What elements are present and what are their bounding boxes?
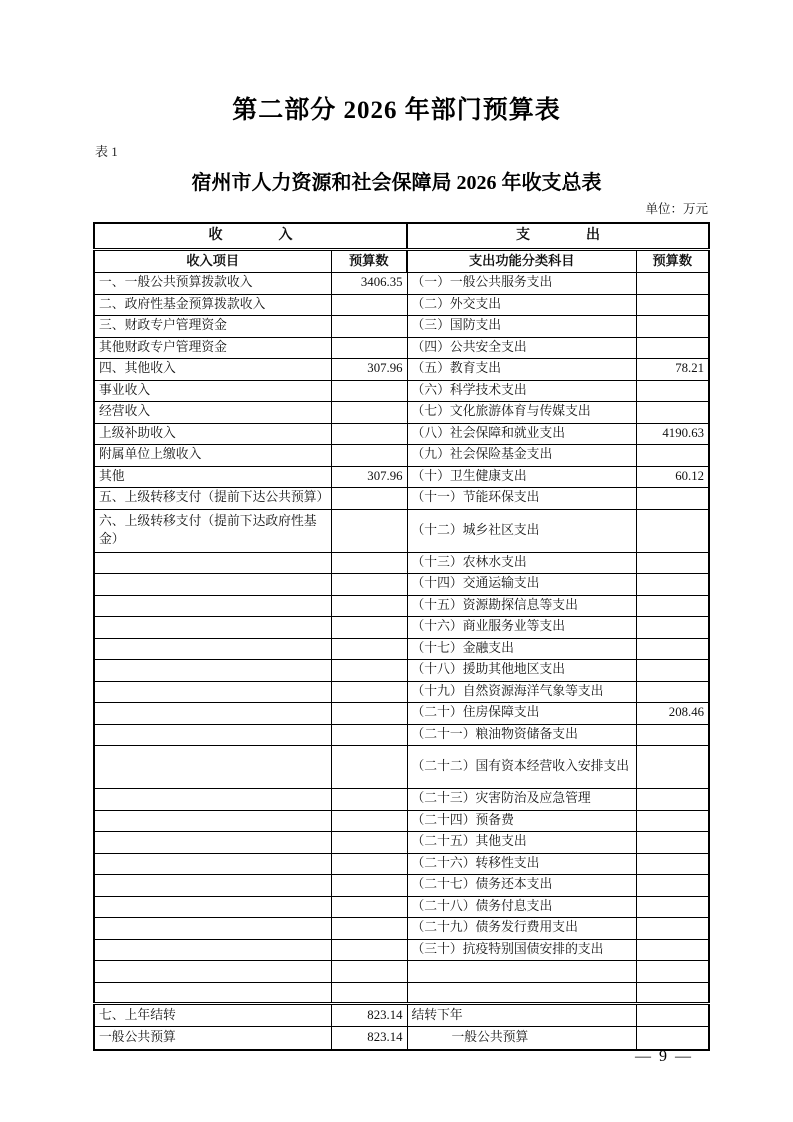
income-budget	[331, 316, 407, 338]
expense-item: （二十三）灾害防治及应急管理	[407, 789, 636, 811]
expense-budget	[636, 982, 709, 1004]
income-budget	[331, 638, 407, 660]
income-item: 三、财政专户管理资金	[94, 316, 331, 338]
income-item	[94, 660, 331, 682]
income-budget-column-header: 预算数	[331, 250, 407, 273]
page-number: — 9 —	[635, 1048, 693, 1066]
section-header-row: 收 入 支 出	[94, 223, 709, 250]
expense-item: （二十五）其他支出	[407, 832, 636, 854]
table-row: （二十）住房保障支出 208.46	[94, 703, 709, 725]
expense-item	[407, 982, 636, 1004]
income-budget	[331, 875, 407, 897]
table-row: （十四）交通运输支出	[94, 574, 709, 596]
income-item: 经营收入	[94, 402, 331, 424]
expense-budget	[636, 617, 709, 639]
table-row: 七、上年结转 823.14 结转下年	[94, 1004, 709, 1027]
income-item	[94, 896, 331, 918]
income-item	[94, 638, 331, 660]
income-item	[94, 746, 331, 789]
income-item	[94, 918, 331, 940]
table-row: （十三）农林水支出	[94, 552, 709, 574]
income-budget	[331, 552, 407, 574]
expense-item: （二十七）债务还本支出	[407, 875, 636, 897]
expense-item: （十九）自然资源海洋气象等支出	[407, 681, 636, 703]
expense-item: （十八）援助其他地区支出	[407, 660, 636, 682]
table-row: 经营收入 （七）文化旅游体育与传媒支出	[94, 402, 709, 424]
expense-budget	[636, 273, 709, 295]
income-item	[94, 703, 331, 725]
expense-budget	[636, 380, 709, 402]
expense-budget	[636, 853, 709, 875]
table-row: 其他财政专户管理资金 （四）公共安全支出	[94, 337, 709, 359]
income-budget	[331, 423, 407, 445]
table-row: 六、上级转移支付（提前下达政府性基金） （十二）城乡社区支出	[94, 509, 709, 552]
table-row: （十七）金融支出	[94, 638, 709, 660]
income-budget	[331, 939, 407, 961]
table-row: 其他 307.96 （十）卫生健康支出 60.12	[94, 466, 709, 488]
expense-item: （十四）交通运输支出	[407, 574, 636, 596]
income-item: 四、其他收入	[94, 359, 331, 381]
table-row: 二、政府性基金预算拨款收入 （二）外交支出	[94, 294, 709, 316]
income-budget	[331, 832, 407, 854]
expense-budget	[636, 1004, 709, 1027]
income-budget: 3406.35	[331, 273, 407, 295]
income-item	[94, 832, 331, 854]
income-item	[94, 574, 331, 596]
expense-item: （二十）住房保障支出	[407, 703, 636, 725]
unit-note: 单位：万元	[645, 199, 708, 217]
expense-item: （十）卫生健康支出	[407, 466, 636, 488]
expense-item: （七）文化旅游体育与传媒支出	[407, 402, 636, 424]
income-budget	[331, 810, 407, 832]
expense-item: （十三）农林水支出	[407, 552, 636, 574]
expense-budget	[636, 939, 709, 961]
table-row: （二十九）债务发行费用支出	[94, 918, 709, 940]
table-row: （二十二）国有资本经营收入安排支出	[94, 746, 709, 789]
table-row: （十六）商业服务业等支出	[94, 617, 709, 639]
income-budget	[331, 402, 407, 424]
income-budget: 307.96	[331, 359, 407, 381]
income-item	[94, 595, 331, 617]
expense-item: （二十六）转移性支出	[407, 853, 636, 875]
expense-budget: 60.12	[636, 466, 709, 488]
part-title: 第二部分 2026 年部门预算表	[0, 90, 793, 126]
income-budget	[331, 509, 407, 552]
table-row: 一、一般公共预算拨款收入 3406.35 （一）一般公共服务支出	[94, 273, 709, 295]
expense-budget	[636, 638, 709, 660]
expense-budget	[636, 445, 709, 467]
expense-budget	[636, 294, 709, 316]
income-item	[94, 789, 331, 811]
expense-budget	[636, 918, 709, 940]
table-row	[94, 961, 709, 983]
expense-item: （二十一）粮油物资储备支出	[407, 724, 636, 746]
income-item: 上级补助收入	[94, 423, 331, 445]
expense-budget: 78.21	[636, 359, 709, 381]
income-item	[94, 875, 331, 897]
expense-budget	[636, 746, 709, 789]
income-budget	[331, 337, 407, 359]
income-budget	[331, 595, 407, 617]
income-item: 二、政府性基金预算拨款收入	[94, 294, 331, 316]
income-item: 其他财政专户管理资金	[94, 337, 331, 359]
income-item	[94, 617, 331, 639]
income-item: 五、上级转移支付（提前下达公共预算）	[94, 488, 331, 510]
income-item: 一般公共预算	[94, 1027, 331, 1050]
expense-budget	[636, 1027, 709, 1050]
income-budget	[331, 445, 407, 467]
expense-budget	[636, 337, 709, 359]
expense-item: 一般公共预算	[407, 1027, 636, 1050]
income-item	[94, 939, 331, 961]
expense-budget	[636, 810, 709, 832]
table-row	[94, 982, 709, 1004]
expense-item: （三）国防支出	[407, 316, 636, 338]
expense-budget	[636, 724, 709, 746]
table-row: （二十五）其他支出	[94, 832, 709, 854]
income-item	[94, 810, 331, 832]
income-budget: 307.96	[331, 466, 407, 488]
expense-item: （二）外交支出	[407, 294, 636, 316]
expense-budget	[636, 896, 709, 918]
expense-budget	[636, 681, 709, 703]
income-item: 事业收入	[94, 380, 331, 402]
expense-budget	[636, 488, 709, 510]
expense-budget	[636, 961, 709, 983]
document-page: 第二部分 2026 年部门预算表 表 1 宿州市人力资源和社会保障局 2026 …	[0, 0, 793, 1122]
table-row: （二十一）粮油物资储备支出	[94, 724, 709, 746]
expense-budget: 4190.63	[636, 423, 709, 445]
expense-budget	[636, 875, 709, 897]
income-budget	[331, 660, 407, 682]
income-item: 七、上年结转	[94, 1004, 331, 1027]
expense-item: （八）社会保障和就业支出	[407, 423, 636, 445]
income-budget	[331, 488, 407, 510]
expense-item: （十二）城乡社区支出	[407, 509, 636, 552]
income-item	[94, 552, 331, 574]
expense-budget	[636, 509, 709, 552]
expense-item: （二十四）预备费	[407, 810, 636, 832]
expense-item: （十七）金融支出	[407, 638, 636, 660]
column-header-row: 收入项目 预算数 支出功能分类科目 预算数	[94, 250, 709, 273]
table-row: 一般公共预算 823.14 一般公共预算	[94, 1027, 709, 1050]
expense-item: （十五）资源勘探信息等支出	[407, 595, 636, 617]
income-budget	[331, 789, 407, 811]
table-row: （十九）自然资源海洋气象等支出	[94, 681, 709, 703]
table-row: （二十四）预备费	[94, 810, 709, 832]
expense-budget-column-header: 预算数	[636, 250, 709, 273]
income-budget	[331, 703, 407, 725]
expense-item: （六）科学技术支出	[407, 380, 636, 402]
income-budget	[331, 853, 407, 875]
income-budget	[331, 681, 407, 703]
income-item	[94, 853, 331, 875]
income-item: 六、上级转移支付（提前下达政府性基金）	[94, 509, 331, 552]
table-row: 五、上级转移支付（提前下达公共预算） （十一）节能环保支出	[94, 488, 709, 510]
expense-item-column-header: 支出功能分类科目	[407, 250, 636, 273]
income-budget	[331, 896, 407, 918]
expense-budget	[636, 574, 709, 596]
expense-item: （十六）商业服务业等支出	[407, 617, 636, 639]
expense-item: （二十九）债务发行费用支出	[407, 918, 636, 940]
expense-budget	[636, 789, 709, 811]
expense-item: （二十二）国有资本经营收入安排支出	[407, 746, 636, 789]
income-item: 附属单位上缴收入	[94, 445, 331, 467]
table-row: 附属单位上缴收入 （九）社会保险基金支出	[94, 445, 709, 467]
income-item	[94, 724, 331, 746]
expense-item: （二十八）债务付息支出	[407, 896, 636, 918]
income-budget	[331, 746, 407, 789]
table-row: 三、财政专户管理资金 （三）国防支出	[94, 316, 709, 338]
table-row: （三十）抗疫特别国债安排的支出	[94, 939, 709, 961]
table-row: （二十三）灾害防治及应急管理	[94, 789, 709, 811]
income-item: 其他	[94, 466, 331, 488]
expense-budget	[636, 316, 709, 338]
table-title: 宿州市人力资源和社会保障局 2026 年收支总表	[0, 166, 793, 195]
income-budget: 823.14	[331, 1004, 407, 1027]
table-label: 表 1	[95, 141, 118, 160]
income-item	[94, 982, 331, 1004]
expense-item: （三十）抗疫特别国债安排的支出	[407, 939, 636, 961]
expense-item	[407, 961, 636, 983]
income-budget	[331, 961, 407, 983]
table-row: （十五）资源勘探信息等支出	[94, 595, 709, 617]
income-budget	[331, 380, 407, 402]
expense-section-header: 支 出	[407, 223, 709, 250]
income-item: 一、一般公共预算拨款收入	[94, 273, 331, 295]
table-row: （十八）援助其他地区支出	[94, 660, 709, 682]
table-row: 上级补助收入 （八）社会保障和就业支出 4190.63	[94, 423, 709, 445]
income-budget	[331, 982, 407, 1004]
expense-budget	[636, 595, 709, 617]
expense-budget	[636, 832, 709, 854]
table-row: （二十六）转移性支出	[94, 853, 709, 875]
income-budget	[331, 724, 407, 746]
table-row: 事业收入 （六）科学技术支出	[94, 380, 709, 402]
income-budget	[331, 617, 407, 639]
income-item	[94, 681, 331, 703]
table-row: （二十八）债务付息支出	[94, 896, 709, 918]
expense-budget	[636, 660, 709, 682]
income-budget	[331, 574, 407, 596]
expense-item: （四）公共安全支出	[407, 337, 636, 359]
budget-table: 收 入 支 出 收入项目 预算数 支出功能分类科目 预算数 一、一般公共预算拨款…	[93, 222, 710, 1051]
income-section-header: 收 入	[94, 223, 407, 250]
income-item-column-header: 收入项目	[94, 250, 331, 273]
expense-item: （九）社会保险基金支出	[407, 445, 636, 467]
table-row: （二十七）债务还本支出	[94, 875, 709, 897]
table-row: 四、其他收入 307.96 （五）教育支出 78.21	[94, 359, 709, 381]
expense-item: （一）一般公共服务支出	[407, 273, 636, 295]
expense-item: 结转下年	[407, 1004, 636, 1027]
income-budget	[331, 918, 407, 940]
expense-budget: 208.46	[636, 703, 709, 725]
expense-budget	[636, 552, 709, 574]
expense-item: （十一）节能环保支出	[407, 488, 636, 510]
income-budget	[331, 294, 407, 316]
expense-budget	[636, 402, 709, 424]
income-item	[94, 961, 331, 983]
income-budget: 823.14	[331, 1027, 407, 1050]
expense-item: （五）教育支出	[407, 359, 636, 381]
